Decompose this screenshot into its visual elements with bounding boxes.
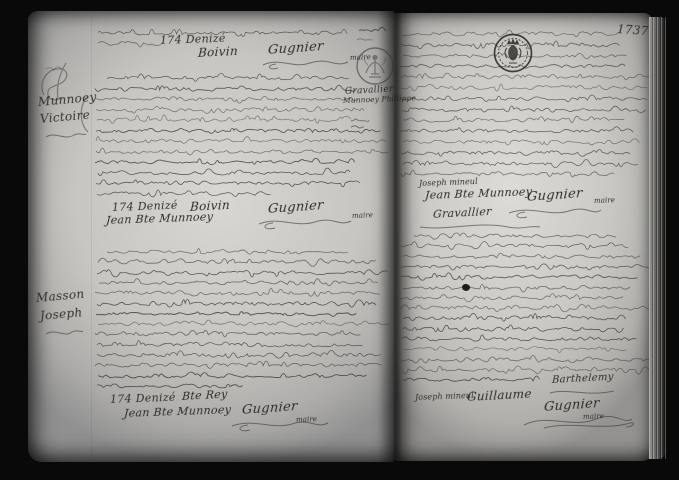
margin-underline-flourish — [44, 131, 88, 141]
handwritten-text-block — [95, 245, 384, 391]
page-edge-ridges — [649, 17, 666, 459]
signature-role: maire — [296, 415, 317, 424]
stamp-inscription-marks — [355, 24, 379, 40]
register-scan: 174 Denizé Boivin Gugnier maire Munnoey … — [0, 0, 679, 480]
signature-flourish — [260, 56, 352, 72]
signature-role: maire — [352, 211, 373, 220]
clerk-mark: 174 Denizé — [110, 391, 176, 406]
revenue-stamp-crowned-eagle — [491, 31, 535, 75]
handwritten-text-block — [95, 71, 384, 199]
signature-rey: Bte Rey — [182, 388, 228, 403]
signature-flourish — [520, 413, 638, 431]
signature-boivin: Boivin — [198, 44, 239, 60]
signature-flourish — [255, 215, 355, 231]
margin-brace — [76, 94, 90, 134]
signature-flourish — [505, 204, 605, 220]
page-edge-stack — [649, 17, 666, 459]
gutter-note-marks — [350, 113, 368, 127]
handwritten-text-block — [400, 229, 650, 385]
left-page-crease — [91, 14, 92, 458]
signature-flourish — [228, 417, 333, 433]
signature-role: maire — [583, 412, 604, 421]
margin-underline-flourish — [44, 328, 84, 338]
signature-role: maire — [594, 196, 615, 205]
signature-underline-flourish — [418, 221, 543, 233]
revenue-stamp-figure — [354, 45, 396, 87]
folio-number: 1737 — [617, 22, 650, 38]
